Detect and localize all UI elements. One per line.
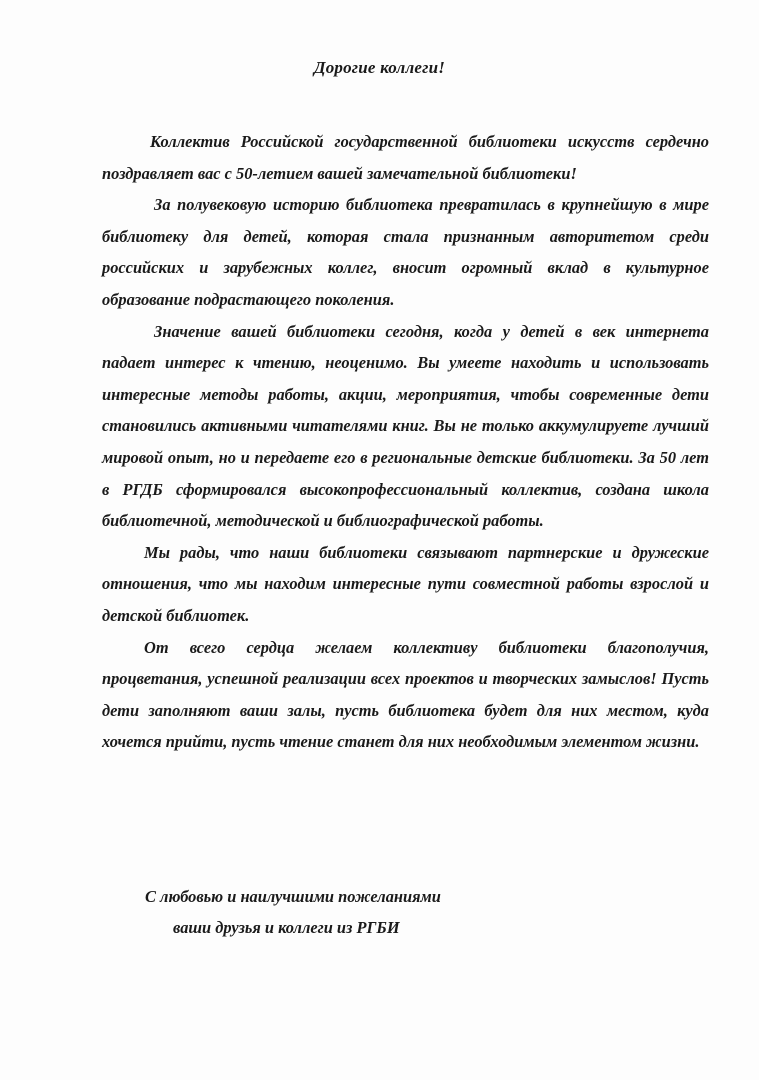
paragraph-significance: Значение вашей библиотеки сегодня, когда…: [102, 316, 709, 537]
paragraph-partnership: Мы рады, что наши библиотеки связывают п…: [102, 537, 709, 632]
letter-body: Коллектив Российской государственной биб…: [102, 126, 709, 758]
paragraph-wishes: От всего сердца желаем коллективу библио…: [102, 632, 709, 758]
paragraph-congratulation: Коллектив Российской государственной биб…: [102, 126, 709, 189]
letter-page: Дорогие коллеги! Коллектив Российской го…: [0, 0, 759, 1080]
signature-closing: С любовью и наилучшими пожеланиями: [145, 881, 441, 912]
signature-sender: ваши друзья и коллеги из РГБИ: [145, 912, 441, 943]
letter-greeting: Дорогие коллеги!: [0, 58, 759, 78]
letter-signature: С любовью и наилучшими пожеланиями ваши …: [145, 881, 441, 943]
paragraph-history: За полувековую историю библиотека превра…: [102, 189, 709, 315]
